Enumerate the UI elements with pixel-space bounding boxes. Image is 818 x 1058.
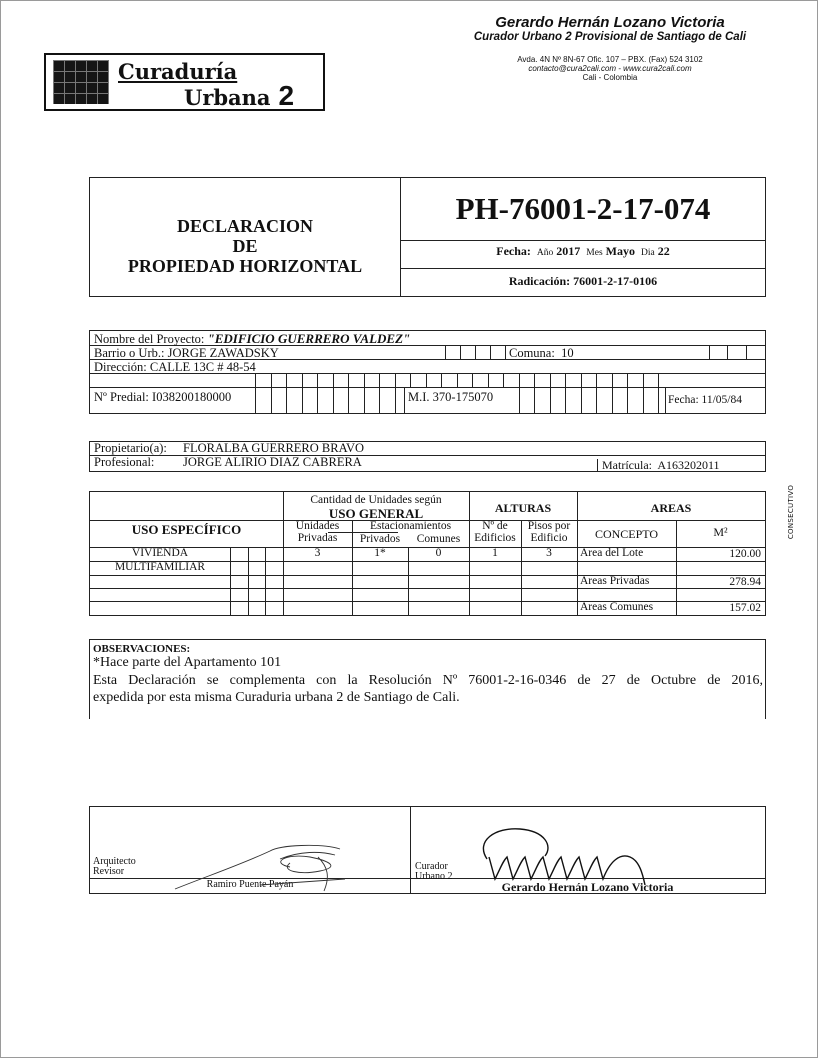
matricula-field: Matrícula: A163202011	[602, 458, 720, 473]
uso-line-1: VIVIENDA	[90, 547, 230, 559]
pisos-header: Pisos porEdificio	[521, 520, 577, 544]
revisor-signature-icon	[170, 837, 390, 895]
city-line: Cali - Colombia	[470, 73, 750, 82]
profesional-label: Profesional:	[94, 455, 154, 470]
comunes-header: Comunes	[408, 533, 469, 545]
barrio-field: Barrio o Urb.: JORGE ZAWADSKY	[94, 346, 279, 361]
title-line-1: DECLARACION	[177, 216, 313, 236]
mes-value: Mayo	[606, 244, 635, 258]
project-name-value: "EDIFICIO GUERRERO VALDEZ"	[208, 331, 411, 346]
concepto-header: CONCEPTO	[577, 527, 676, 542]
dia-label: Dia	[641, 248, 655, 258]
unidades-header-1: Unidades	[283, 520, 352, 532]
direccion-label: Dirección:	[94, 360, 147, 374]
observation-line-2: Esta Declaración se complementa con la R…	[93, 673, 763, 689]
mi-value: M.I. 370-175070	[408, 390, 493, 405]
est-comunes-value: 0	[408, 547, 469, 559]
barrio-value: JORGE ZAWADSKY	[168, 346, 279, 360]
logo-text-urbana: Urbana2	[184, 80, 294, 112]
predial-date-value: 11/05/84	[702, 394, 742, 406]
matricula-label: Matrícula:	[602, 458, 652, 472]
logo-number: 2	[279, 80, 295, 111]
contact-line: contacto@cura2cali.com - www.cura2cali.c…	[470, 64, 750, 73]
consecutivo-text: CONSECUTIVO	[787, 485, 795, 539]
revisor-role: ArquitectoRevisor	[93, 857, 136, 877]
grid-row	[90, 374, 765, 388]
comuna-label: Comuna:	[509, 346, 555, 360]
comuna-field: Comuna: 10	[509, 346, 574, 361]
predial-row: Nº Predial: I038200180000 M.I. 370-17507…	[90, 388, 765, 413]
propietario-row: Propietario(a): FLORALBA GUERRERO BRAVO	[90, 442, 765, 456]
predial-value: I038200180000	[152, 390, 231, 404]
uso-line-2: MULTIFAMILIAR	[90, 561, 230, 573]
area-concepto-3: Areas Comunes	[580, 601, 653, 613]
area-concepto-1: Area del Lote	[580, 547, 643, 559]
pisos-header-1: Pisos por	[521, 520, 577, 532]
profesional-row: Profesional: JORGE ALIRIO DIAZ CABRERA M…	[90, 456, 765, 471]
project-info-box: Nombre del Proyecto: "EDIFICIO GUERRERO …	[89, 330, 766, 414]
dia-value: 22	[658, 244, 670, 258]
unidades-privadas-value: 3	[283, 547, 352, 559]
signatures-box: ArquitectoRevisor Ramiro Puente Payán Cu…	[89, 806, 766, 894]
cantidad-header: Cantidad de Unidades según	[283, 494, 469, 506]
curaduria-logo: Curaduría Urbana2	[44, 53, 325, 111]
curador-signature-icon	[475, 821, 665, 887]
area-m2-2: 278.94	[676, 576, 761, 588]
fecha-label: Fecha:	[496, 244, 531, 258]
owner-info-box: Propietario(a): FLORALBA GUERRERO BRAVO …	[89, 441, 766, 472]
ano-value: 2017	[556, 244, 580, 258]
uses-table: USO ESPECÍFICO Cantidad de Unidades segú…	[89, 491, 766, 616]
predial-label: Nº Predial:	[94, 390, 149, 404]
logo-urbana: Urbana	[184, 85, 271, 110]
curador-role: CuradorUrbano 2	[415, 862, 453, 882]
project-name-label: Nombre del Proyecto:	[94, 332, 204, 346]
ano-label: Año	[537, 248, 553, 258]
title-line-2: DE	[232, 236, 257, 256]
n-edificios-header-1: Nº de	[469, 520, 521, 532]
unidades-privadas-header: UnidadesPrivadas	[283, 520, 352, 544]
direccion-field: Dirección: CALLE 13C # 48-54	[94, 360, 256, 375]
curator-title: Curador Urbano 2 Provisional de Santiago…	[440, 31, 780, 43]
declaration-title: DECLARACION DE PROPIEDAD HORIZONTAL	[90, 178, 401, 296]
propietario-label: Propietario(a):	[94, 441, 167, 456]
uso-especifico-header: USO ESPECÍFICO	[90, 522, 283, 538]
n-edificios-value: 1	[469, 547, 521, 559]
predial-date-label: Fecha:	[668, 394, 699, 406]
radicacion: Radicación: 76001-2-17-0106	[401, 268, 765, 296]
project-name-row: Nombre del Proyecto: "EDIFICIO GUERRERO …	[90, 331, 765, 346]
area-concepto-2: Areas Privadas	[580, 575, 649, 587]
predial-date-field: Fecha: 11/05/84	[668, 394, 742, 406]
pisos-header-2: Edificio	[521, 532, 577, 544]
comuna-value: 10	[561, 346, 574, 360]
unidades-header-2: Privadas	[283, 532, 352, 544]
area-m2-3: 157.02	[676, 602, 761, 614]
n-edificios-header-2: Edificios	[469, 532, 521, 544]
declaration-code: PH-76001-2-17-074	[401, 178, 765, 241]
matricula-value: A163202011	[657, 458, 719, 472]
logo-grid-icon	[53, 60, 109, 104]
title-line-3: PROPIEDAD HORIZONTAL	[128, 256, 362, 276]
pisos-value: 3	[521, 547, 577, 559]
revisor-role-2: Revisor	[93, 867, 136, 877]
privados-header: Privados	[352, 533, 408, 545]
office-address: Avda. 4N Nº 8N-67 Ofic. 107 – PBX. (Fax)…	[470, 55, 750, 82]
direccion-row: Dirección: CALLE 13C # 48-54	[90, 360, 765, 374]
declaration-date: Fecha: Año 2017 Mes Mayo Dia 22	[401, 240, 765, 269]
m2-header: M²	[676, 525, 765, 540]
barrio-row: Barrio o Urb.: JORGE ZAWADSKY Comuna: 10	[90, 346, 765, 360]
observation-line-3: expedida por esta misma Curaduria urbana…	[93, 690, 460, 706]
mes-label: Mes	[586, 248, 602, 258]
estacionamientos-header: Estacionamientos	[352, 520, 469, 532]
n-edificios-header: Nº deEdificios	[469, 520, 521, 544]
direccion-value: CALLE 13C # 48-54	[150, 360, 256, 374]
consecutivo-label: CONSECUTIVO	[786, 484, 800, 544]
predial-field: Nº Predial: I038200180000	[94, 390, 231, 405]
curator-name: Gerardo Hernán Lozano Victoria	[440, 14, 780, 31]
areas-header: AREAS	[577, 501, 765, 516]
declaration-title-box: DECLARACION DE PROPIEDAD HORIZONTAL PH-7…	[89, 177, 766, 297]
propietario-value: FLORALBA GUERRERO BRAVO	[183, 441, 364, 456]
est-privados-value: 1*	[352, 547, 408, 559]
observation-line-1: *Hace parte del Apartamento 101	[93, 655, 281, 671]
project-name-field: Nombre del Proyecto: "EDIFICIO GUERRERO …	[94, 331, 410, 347]
barrio-label: Barrio o Urb.:	[94, 346, 164, 360]
address-line: Avda. 4N Nº 8N-67 Ofic. 107 – PBX. (Fax)…	[470, 55, 750, 64]
observations-box: OBSERVACIONES: *Hace parte del Apartamen…	[89, 639, 766, 719]
alturas-header: ALTURAS	[469, 501, 577, 516]
area-m2-1: 120.00	[676, 548, 761, 560]
profesional-value: JORGE ALIRIO DIAZ CABRERA	[183, 455, 362, 470]
